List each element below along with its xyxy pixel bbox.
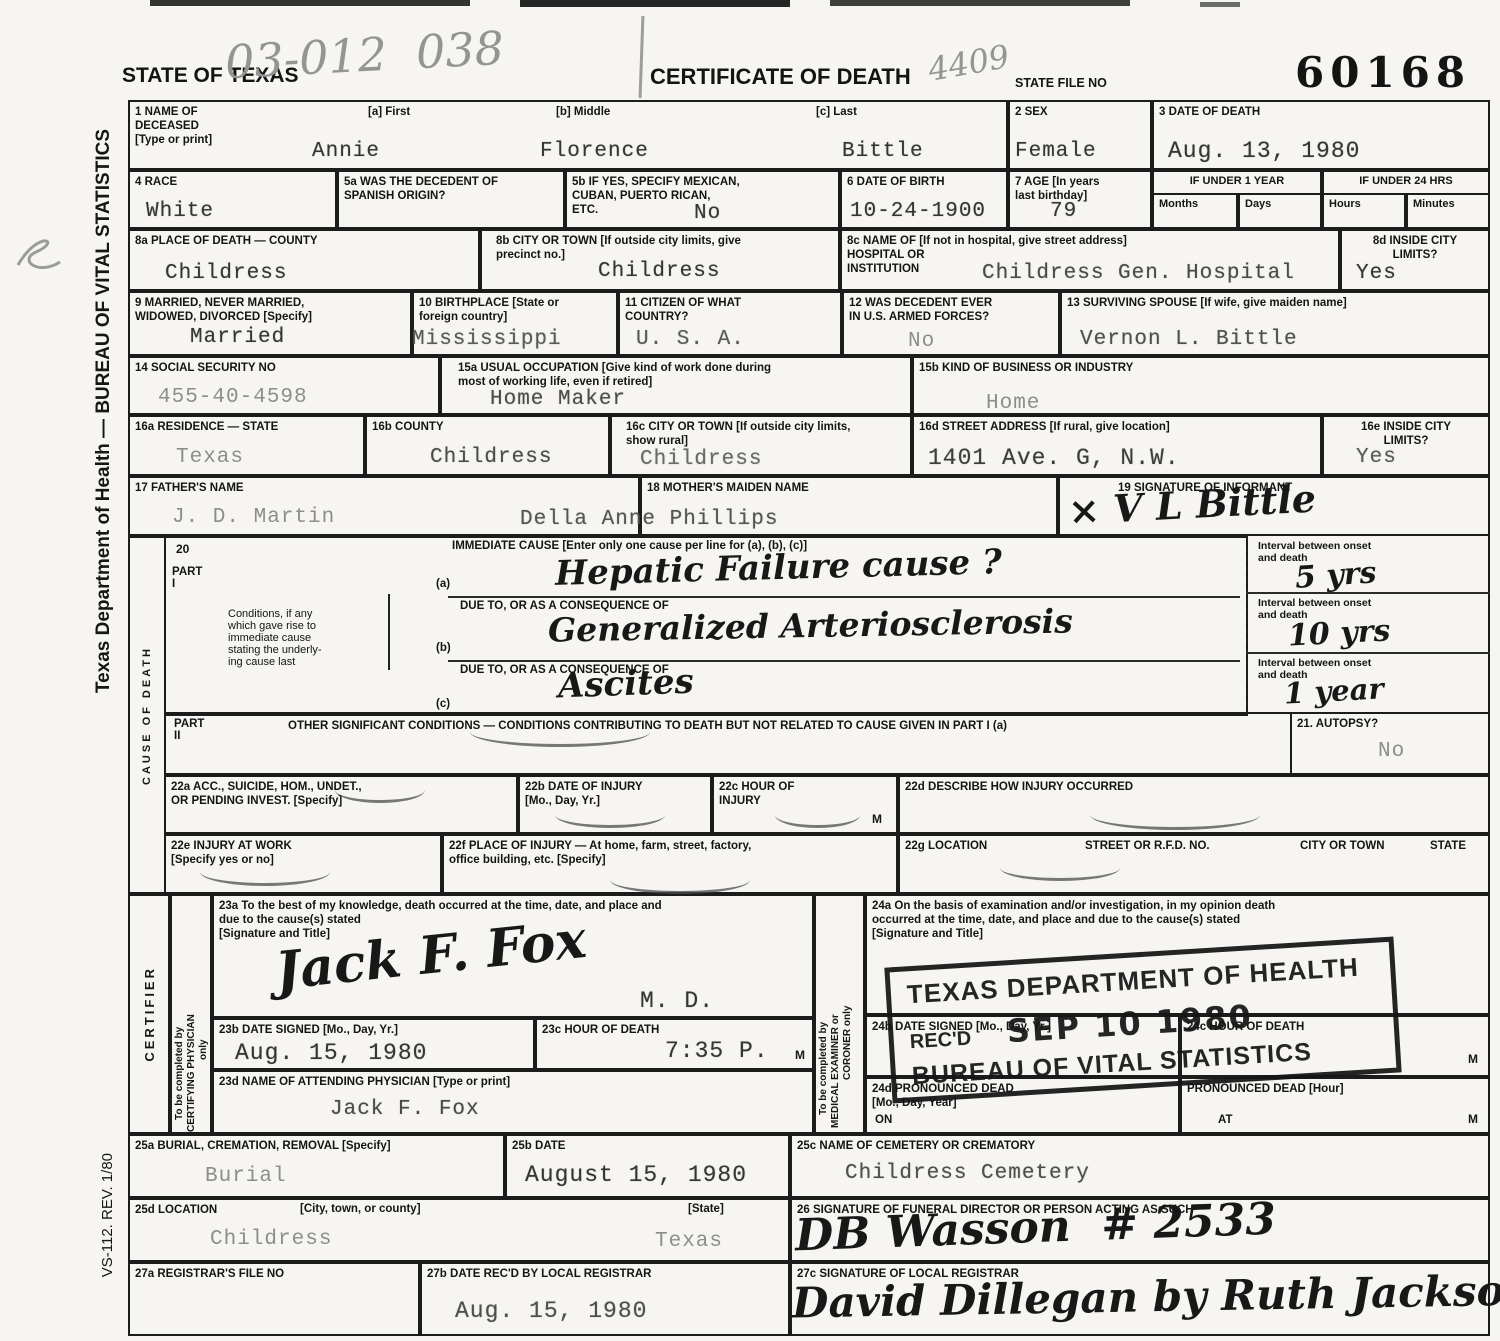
value-citizen-of: U. S. A. <box>636 328 745 351</box>
field-label: 22d DESCRIBE HOW INJURY OCCURRED <box>900 777 1488 797</box>
line-c-tag: (c) <box>436 698 450 710</box>
field-label: 16d STREET ADDRESS [If rural, give locat… <box>914 417 1320 437</box>
value-hour-of-death: 7:35 P. <box>665 1038 769 1064</box>
value-marital-status: Married <box>190 326 285 349</box>
cell-months: Months <box>1152 193 1238 229</box>
value-occupation: Home Maker <box>490 388 626 411</box>
field-label: 27b DATE REC'D BY LOCAL REGISTRAR <box>422 1264 788 1284</box>
field-label: 11 CITIZEN OF WHAT COUNTRY? <box>620 293 840 327</box>
death-certificate-scan: STATE OF TEXAS 03-012 038 CERTIFICATE OF… <box>0 0 1500 1341</box>
pronounced-on-label: ON <box>875 1114 892 1126</box>
field-label: Minutes <box>1408 195 1488 214</box>
field-label: 16a RESIDENCE — STATE <box>130 417 363 437</box>
value-industry: Home <box>986 392 1040 415</box>
middle-name-column-label: [b] Middle <box>556 106 610 118</box>
field-label: 12 WAS DECEDENT EVER IN U.S. ARMED FORCE… <box>844 293 1058 327</box>
value-age: 79 <box>1050 200 1077 223</box>
stamp-date: SEP 10 1980 <box>1006 997 1254 1050</box>
field-label: 22e INJURY AT WORK [Specify yes or no] <box>166 836 440 870</box>
stamp-recd-label: REC'D <box>909 1028 972 1055</box>
field-label: Hours <box>1324 195 1404 214</box>
scan-artifact <box>520 0 790 7</box>
location-city-sub-label: [City, town, or county] <box>300 1203 421 1215</box>
interval-a-value: 5 yrs <box>1294 555 1378 596</box>
line-b-tag: (b) <box>436 642 451 654</box>
examiner-strip-line2: MEDICAL EXAMINER or <box>830 912 841 1128</box>
physician-strip-line1: To be completed by <box>174 920 185 1120</box>
field-label: 5b IF YES, SPECIFY MEXICAN, CUBAN, PUERT… <box>567 172 838 220</box>
pencil-doodle <box>8 210 78 290</box>
field-label: 4 RACE <box>130 172 335 192</box>
field-label: IF UNDER 1 YEAR <box>1154 172 1320 191</box>
certifier-vertical-label: CERTIFIER <box>128 894 170 1134</box>
field-registrar-file-no: 27a REGISTRAR'S FILE NO <box>128 1262 420 1336</box>
value-father-name: J. D. Martin <box>172 506 335 529</box>
value-surviving-spouse: Vernon L. Bittle <box>1080 328 1298 351</box>
part2-label: PART II <box>174 718 204 742</box>
state-file-no-label: STATE FILE NO <box>1015 76 1107 90</box>
certifying-physician-title: M. D. <box>640 988 714 1014</box>
field-label: 16c CITY OR TOWN [If outside city limits… <box>612 417 910 451</box>
pronounced-m-label: M <box>1468 1112 1478 1126</box>
physician-strip-line2: CERTIFYING PHYSICIAN <box>186 906 197 1132</box>
cause-of-death-vertical-label: CAUSE OF DEATH <box>128 536 166 894</box>
field-label: 16e INSIDE CITY LIMITS? <box>1324 417 1488 451</box>
examiner-strip-line1: To be completed by <box>818 925 829 1115</box>
form-code-text: VS-112. REV. 1/80 <box>99 1153 116 1277</box>
value-street-address: 1401 Ave. G, N.W. <box>928 445 1180 471</box>
value-date-of-death: Aug. 13, 1980 <box>1168 138 1360 164</box>
value-date-of-birth: 10-24-1900 <box>850 200 986 223</box>
interval-c-value: 1 year <box>1283 671 1384 710</box>
value-race: White <box>146 200 214 223</box>
certificate-title: CERTIFICATE OF DEATH <box>650 64 911 90</box>
injury-street-label: STREET OR R.F.D. NO. <box>1085 840 1210 852</box>
cell-days: Days <box>1238 193 1322 229</box>
agency-vertical-title-text: Texas Department of Health — BUREAU OF V… <box>93 129 115 693</box>
field-attending-physician: 23d NAME OF ATTENDING PHYSICIAN [Type or… <box>212 1070 814 1134</box>
field-label: 15b KIND OF BUSINESS OR INDUSTRY <box>914 358 1488 378</box>
scan-artifact <box>1200 2 1240 7</box>
last-name-column-label: [c] Last <box>816 106 857 118</box>
value-cemetery: Childress Cemetery <box>845 1162 1090 1185</box>
field-label: 18 MOTHER'S MAIDEN NAME <box>642 478 1056 498</box>
cause-of-death-vertical-text: CAUSE OF DEATH <box>141 646 153 785</box>
certificate-number: 60168 <box>1295 48 1471 97</box>
field-label: 6 DATE OF BIRTH <box>842 172 1006 192</box>
field-label: 17 FATHER'S NAME <box>130 478 638 498</box>
line-b-rule <box>448 660 1240 662</box>
value-registrar-date: Aug. 15, 1980 <box>455 1298 647 1324</box>
pronounced-at-label: AT <box>1218 1114 1232 1126</box>
field-injury-manner: 22a ACC., SUICIDE, HOM., UNDET., OR PEND… <box>164 775 518 834</box>
value-last-name: Bittle <box>842 140 924 163</box>
field-label: 16b COUNTY <box>367 417 608 437</box>
field-label: 3 DATE OF DEATH <box>1154 102 1488 122</box>
value-hospital: Childress Gen. Hospital <box>982 262 1295 285</box>
pencil-file-number: 4409 <box>925 37 1012 89</box>
field-label: IF UNDER 24 HRS <box>1324 172 1488 191</box>
pencil-district-code: 03-012 038 <box>224 21 505 90</box>
field-label: 13 SURVIVING SPOUSE [If wife, give maide… <box>1062 293 1488 313</box>
value-first-name: Annie <box>312 140 380 163</box>
cause-number: 20 <box>176 542 189 556</box>
field-residence-state: 16a RESIDENCE — STATE <box>128 415 365 476</box>
scan-artifact <box>830 0 1130 6</box>
field-label: 25c NAME OF CEMETERY OR CREMATORY <box>792 1136 1488 1156</box>
value-residence-county: Childress <box>430 446 552 469</box>
location-state-sub-label: [State] <box>688 1203 724 1215</box>
field-spanish-specify: 5b IF YES, SPECIFY MEXICAN, CUBAN, PUERT… <box>565 170 840 229</box>
value-armed-forces: No <box>908 330 935 353</box>
field-label: 25b DATE <box>507 1136 788 1156</box>
value-burial-date: August 15, 1980 <box>525 1162 747 1188</box>
value-residence-state: Texas <box>176 446 244 469</box>
hour-23c-m-label: M <box>795 1048 805 1062</box>
value-attending-physician: Jack F. Fox <box>330 1098 480 1121</box>
field-label: 9 MARRIED, NEVER MARRIED, WIDOWED, DIVOR… <box>130 293 410 327</box>
interval-b-value: 10 yrs <box>1287 613 1391 653</box>
agency-vertical-title: Texas Department of Health — BUREAU OF V… <box>86 66 122 756</box>
field-label: 2 SEX <box>1010 102 1150 122</box>
cause-line-c-handwriting: Ascites <box>557 662 694 707</box>
value-burial: Burial <box>205 1165 287 1188</box>
line-a-rule <box>448 596 1240 598</box>
field-label: 7 AGE [In years last birthday] <box>1010 172 1150 206</box>
value-autopsy: No <box>1378 740 1405 763</box>
value-burial-state: Texas <box>655 1230 723 1253</box>
scan-artifact <box>150 0 470 6</box>
cell-hours: Hours <box>1322 193 1406 229</box>
field-age: 7 AGE [In years last birthday] <box>1008 170 1152 229</box>
field-label: 27a REGISTRAR'S FILE NO <box>130 1264 418 1284</box>
field-label: 22b DATE OF INJURY [Mo., Day, Yr.] <box>520 777 710 811</box>
conditions-brace <box>388 594 390 670</box>
conditions-note: Conditions, if any which gave rise to im… <box>228 608 322 668</box>
value-birthplace: Mississippi <box>412 328 562 351</box>
value-sex: Female <box>1015 140 1097 163</box>
field-label: 14 SOCIAL SECURITY NO <box>130 358 438 378</box>
hour-24c-m-label: M <box>1468 1052 1478 1066</box>
field-label: 24a On the basis of examination and/or i… <box>867 896 1488 944</box>
field-label: 5a WAS THE DECEDENT OF SPANISH ORIGIN? <box>339 172 563 206</box>
field-label: 8a PLACE OF DEATH — COUNTY <box>130 231 478 251</box>
interval-divider-2 <box>1246 652 1490 654</box>
first-name-column-label: [a] First <box>368 106 410 118</box>
value-ssn: 455-40-4598 <box>158 386 308 409</box>
field-label: 25a BURIAL, CREMATION, REMOVAL [Specify] <box>130 1136 503 1156</box>
pencil-stroke <box>639 16 645 98</box>
value-burial-location: Childress <box>210 1228 332 1251</box>
field-label: 23c HOUR OF DEATH <box>537 1020 812 1040</box>
value-inside-city-limits-16e: Yes <box>1356 446 1397 469</box>
value-middle-name: Florence <box>540 140 649 163</box>
field-label: 22c HOUR OF INJURY <box>714 777 896 811</box>
value-inside-city-limits-8d: Yes <box>1356 262 1397 285</box>
value-mother-maiden-name: Della Anne Phillips <box>520 508 778 531</box>
examiner-strip-line3: CORONER only <box>842 960 853 1080</box>
cell-minutes: Minutes <box>1406 193 1490 229</box>
field-label: 15a USUAL OCCUPATION [Give kind of work … <box>442 358 910 392</box>
value-residence-city: Childress <box>640 448 762 471</box>
line-a-tag: (a) <box>436 578 450 590</box>
field-label: 8d INSIDE CITY LIMITS? <box>1342 231 1488 265</box>
other-conditions-label: OTHER SIGNIFICANT CONDITIONS — CONDITION… <box>288 720 1007 732</box>
injury-city-label: CITY OR TOWN <box>1300 840 1385 852</box>
field-label: Days <box>1240 195 1320 214</box>
field-label: 23b DATE SIGNED [Mo., Day, Yr.] <box>214 1020 533 1040</box>
interval-dashed-divider <box>1246 536 1248 716</box>
interval-divider-1 <box>1246 592 1490 594</box>
value-death-city: Childress <box>598 260 720 283</box>
physician-strip-line3: only <box>198 1000 209 1060</box>
field-label: 10 BIRTHPLACE [State or foreign country] <box>414 293 616 327</box>
field-injury-at-work: 22e INJURY AT WORK [Specify yes or no] <box>164 834 442 894</box>
value-date-signed-23b: Aug. 15, 1980 <box>235 1040 427 1066</box>
field-label: 21. AUTOPSY? <box>1292 714 1488 734</box>
certifier-vertical-text: CERTIFIER <box>142 966 157 1062</box>
field-label: Months <box>1154 195 1236 214</box>
field-label: 22f PLACE OF INJURY — At home, farm, str… <box>444 836 896 870</box>
part1-label: PART I <box>172 566 202 590</box>
form-code-vertical: VS-112. REV. 1/80 <box>92 1090 122 1340</box>
field-armed-forces: 12 WAS DECEDENT EVER IN U.S. ARMED FORCE… <box>842 291 1060 356</box>
field-burial-cremation: 25a BURIAL, CREMATION, REMOVAL [Specify] <box>128 1134 505 1198</box>
injury-hour-m-label: M <box>872 812 882 826</box>
value-death-county: Childress <box>165 262 287 285</box>
field-label: 23d NAME OF ATTENDING PHYSICIAN [Type or… <box>214 1072 812 1092</box>
field-spanish-origin: 5a WAS THE DECEDENT OF SPANISH ORIGIN? <box>337 170 565 229</box>
injury-state-label: STATE <box>1430 840 1466 852</box>
field-inside-city-limits-16e: 16e INSIDE CITY LIMITS? <box>1322 415 1490 476</box>
